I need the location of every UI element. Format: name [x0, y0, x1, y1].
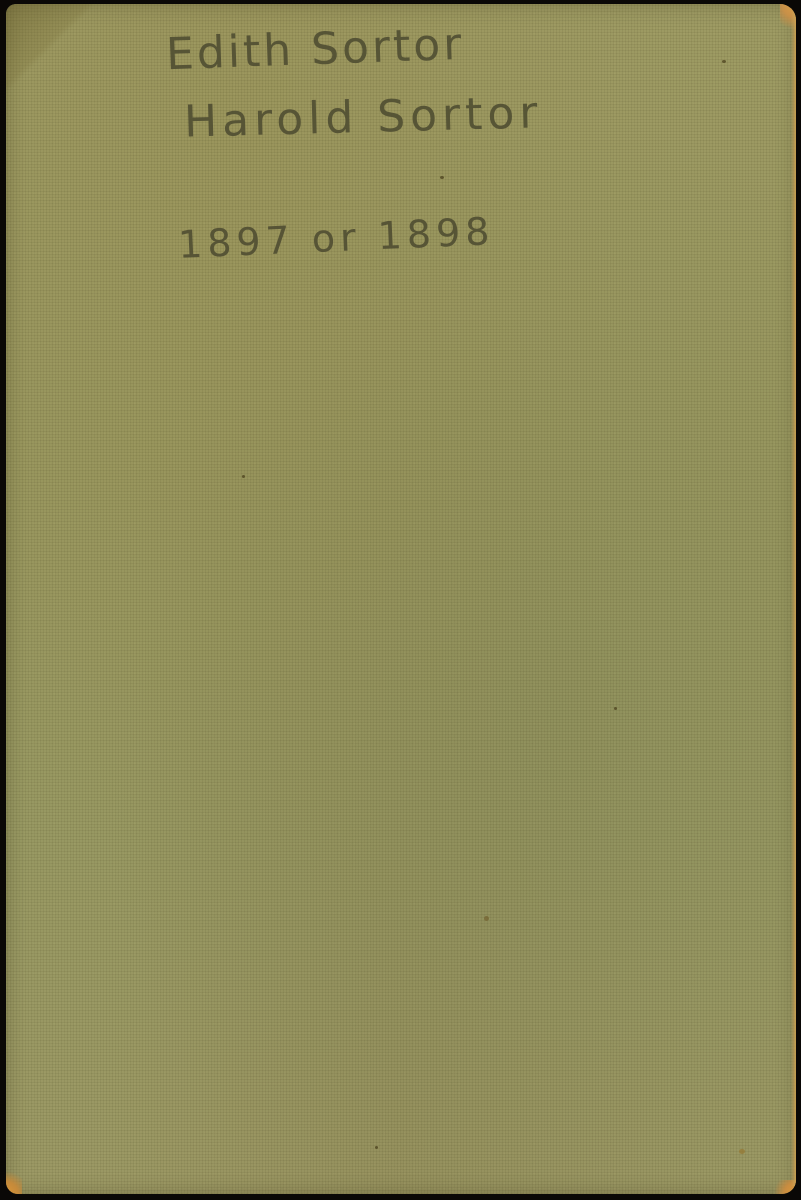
torn-corner — [6, 4, 96, 94]
paper-speck — [242, 475, 245, 478]
paper-speck — [440, 176, 444, 179]
inscription-name-1: Edith Sortor — [165, 19, 465, 80]
paper-speck — [614, 707, 617, 710]
paper-speck — [722, 60, 726, 63]
worn-corner-bottom-left — [6, 1168, 22, 1194]
worn-right-edge — [791, 10, 796, 1186]
inscription-date: 1897 or 1898 — [177, 209, 495, 267]
photo-card-back: Edith Sortor Harold Sortor 1897 or 1898 — [6, 4, 796, 1194]
paper-speck — [739, 1149, 745, 1154]
paper-speck — [375, 1146, 378, 1149]
inscription-name-2: Harold Sortor — [183, 87, 543, 147]
paper-speck — [484, 916, 489, 921]
